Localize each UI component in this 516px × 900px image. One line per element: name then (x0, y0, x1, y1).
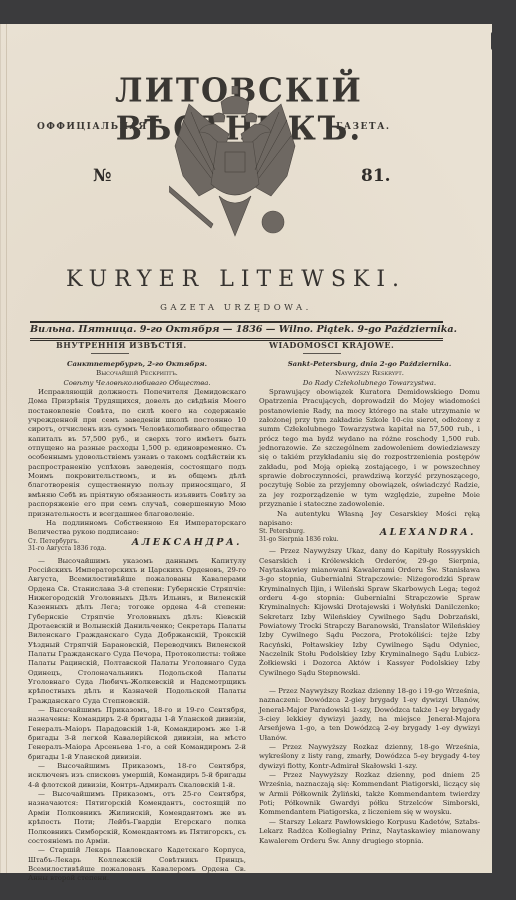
article-paragraph: — Przez Naywyższy Rozkaz dzienny, 18-go … (259, 743, 480, 771)
masthead-title-polish: KURYER LITEWSKI. (1, 267, 471, 292)
signature-intro: Na autentyku Własną Jey Cesarskiey Mości… (259, 510, 480, 529)
article-dateline: Санктпетербургъ, 2-го Октября. (28, 360, 246, 369)
masthead-subtitle-russian-right: ГАЗЕТА. (336, 122, 391, 132)
double-headed-eagle-icon (169, 86, 301, 262)
article-paragraph: Sprawujący obowiązek Kuratora Demidowski… (259, 388, 480, 509)
article-addressee: Do Rady Człekolubnego Towarzystwa. (259, 379, 480, 388)
article-paragraph: — Высочайшимъ Приказомъ, 18-го Сентября,… (28, 762, 246, 790)
signature-place-date: St. Petersburg. 31-go Sierpnia 1836 roku… (259, 528, 339, 543)
signature-place-date: Ст. Петербургъ. 31-го Августа 1836 года. (28, 538, 106, 553)
issue-number-label: № (93, 166, 111, 186)
page-fold-line (6, 24, 7, 873)
article-heading: Naywyższy Reskrypt. (259, 369, 480, 378)
article-heading: Высочайшій Рескриптъ. (28, 369, 246, 378)
masthead-subtitle-russian-left: ОФФИЦІАЛЬНАЯ (37, 122, 148, 132)
signature-date: 31-go Sierpnia 1836 roku. (259, 536, 339, 544)
section-rule-polish (303, 353, 341, 354)
signature-place: St. Petersburg. (259, 528, 339, 536)
article-paragraph: — Przez Naywyższy Ukaz, dany do Kapituły… (259, 547, 480, 678)
signature-name: ALEXANDRA. (380, 528, 476, 537)
article-dateline: Sankt-Petersburg, dnia 2-go Października… (259, 360, 480, 369)
article-paragraph: — Starszy Lekarz Pawłowskiego Korpusu Ka… (259, 818, 480, 846)
article-column-russian: Санктпетербургъ, 2-го Октября. Высочайші… (28, 360, 246, 884)
article-paragraph: — Старшій Лекарь Павловскаго Кадетскаго … (28, 846, 246, 883)
masthead-subtitle-polish: GAZETA URZĘDOWA. (1, 303, 471, 313)
article-addressee: Совѣту Человѣколюбиваго Общества. (28, 379, 246, 388)
section-title-polish: WIADOMOŚCI KRAJOWE. (269, 340, 394, 350)
signature-place: Ст. Петербургъ. (28, 538, 106, 546)
signature-date: 31-го Августа 1836 года. (28, 545, 106, 553)
dateline-top-rule (30, 321, 443, 323)
article-paragraph: — Высочайшимъ Приказомъ, отъ 25-го Сентя… (28, 790, 246, 846)
page-tear (491, 32, 496, 50)
article-paragraph: — Высочайшимъ указомъ даннымъ Капитулу Р… (28, 557, 246, 707)
article-paragraph: Исправляющій должность Попечителя Демидо… (28, 388, 246, 519)
issue-dateline: Вильна. Пятница. 9-го Октября — 1836 — W… (30, 324, 443, 335)
article-paragraph: — Przez Naywyższy Rozkaz dzienny 18-go i… (259, 687, 480, 743)
section-rule-russian (91, 353, 129, 354)
issue-number-value: 81. (361, 166, 391, 186)
article-column-polish: Sankt-Petersburg, dnia 2-go Października… (259, 360, 480, 846)
article-paragraph: — Высочайшимъ Приказомъ, 18-го и 19-го С… (28, 706, 246, 762)
dateline-bottom-rule (30, 338, 443, 339)
signature-name: АЛЕКСАНДРА. (132, 538, 242, 547)
article-paragraph: — Przez Naywyższy Rozkaz dzienny, pod dn… (259, 771, 480, 818)
signature-block: St. Petersburg. 31-go Sierpnia 1836 roku… (259, 528, 480, 543)
newspaper-page: ЛИТОВСКІЙ ВѢСТНИКЪ. ОФФИЦІАЛЬНАЯ ГАЗЕТА.… (0, 24, 492, 873)
section-title-russian: ВНУТРЕННІЯ ИЗВѢСТІЯ. (56, 340, 187, 350)
signature-intro: На подлинномъ Собственною Ея Императорск… (28, 519, 246, 538)
signature-block: Ст. Петербургъ. 31-го Августа 1836 года.… (28, 538, 246, 553)
